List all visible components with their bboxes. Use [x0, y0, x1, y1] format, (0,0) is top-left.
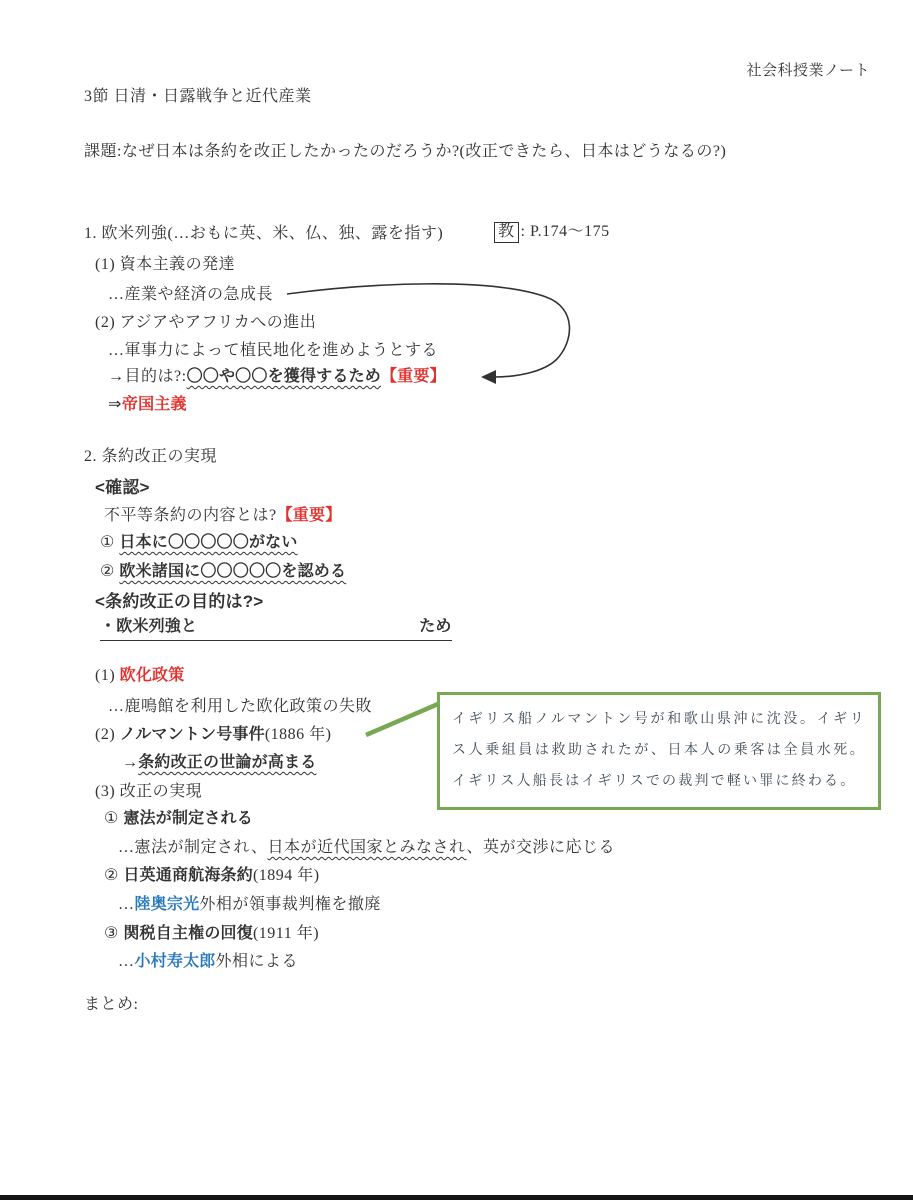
- goal-prefix: →目的は?:: [108, 368, 187, 385]
- sub1-line: (1) 欧化政策: [95, 666, 184, 687]
- realize-2-title: 日英通商航海条約: [123, 867, 253, 884]
- realize-2-note-pre: …: [118, 896, 135, 913]
- imperialism-term: 帝国主義: [122, 396, 187, 413]
- realize-2-line: ② 日英通商航海条約(1894 年): [104, 866, 320, 887]
- goal-line: →目的は?:〇〇や〇〇を獲得するため【重要】: [108, 367, 446, 388]
- realize-3-title: 関税自主権の回復: [123, 925, 253, 942]
- summary-label: まとめ:: [84, 995, 138, 1016]
- sub3-title: 改正の実現: [120, 783, 203, 800]
- sub2-number: (2): [95, 726, 115, 743]
- realize-3-note-post: 外相による: [216, 953, 299, 970]
- important-tag-2: 【重要】: [277, 507, 342, 524]
- realize-1-title: 憲法が制定される: [123, 810, 253, 827]
- sec1-item1-note: …産業や経済の急成長: [108, 285, 273, 306]
- sub2-line: (2) ノルマントン号事件(1886 年): [95, 725, 332, 746]
- realize-3-line: ③ 関税自主権の回復(1911 年): [104, 924, 319, 945]
- sec1-item1: (1) 資本主義の発達: [95, 255, 235, 276]
- double-arrow: ⇒: [108, 396, 122, 413]
- sub1-title: 欧化政策: [120, 667, 185, 684]
- arrowhead: [481, 370, 496, 384]
- header-corner-label: 社会科授業ノート: [746, 62, 870, 82]
- sec2-heading: 2. 条約改正の実現: [84, 447, 217, 468]
- sub1-number: (1): [95, 667, 115, 684]
- treaty-point-2: ② 欧米諸国に〇〇〇〇〇を認める: [100, 562, 346, 583]
- goal-answer: 〇〇や〇〇を獲得するため: [187, 368, 381, 385]
- check-heading: <確認>: [95, 477, 150, 499]
- normanton-note-text: イギリス船ノルマントン号が和歌山県沖に沈没。イギリス人乗組員は救助されたが、日本…: [452, 712, 866, 789]
- realize-2-note: …陸奥宗光外相が領事裁判権を撤廃: [118, 895, 381, 916]
- realize-1-note-underlined: 日本が近代国家とみなされ: [267, 839, 466, 856]
- realize-2-year: (1894 年): [253, 867, 320, 884]
- normanton-note-box: イギリス船ノルマントン号が和歌山県沖に沈没。イギリス人乗組員は救助されたが、日本…: [437, 692, 881, 810]
- realize-3-note: …小村寿太郎外相による: [118, 952, 298, 973]
- point1-text: 日本に〇〇〇〇〇がない: [119, 534, 297, 551]
- worksheet-page: 社会科授業ノート 3節 日清・日露戦争と近代産業 課題:なぜ日本は条約を改正した…: [0, 0, 913, 1200]
- question-line: 不平等条約の内容とは?【重要】: [104, 506, 341, 527]
- realize-1-line: ① 憲法が制定される: [104, 809, 253, 830]
- sub2-title: ノルマントン号事件: [120, 726, 265, 743]
- point2-text: 欧米諸国に〇〇〇〇〇を認める: [119, 563, 346, 580]
- minister-name-komura: 小村寿太郎: [135, 953, 216, 970]
- realize-1-note-post: 、英が交渉に応じる: [466, 839, 615, 856]
- sec1-item2: (2) アジアやアフリカへの進出: [95, 313, 316, 334]
- result-line: ⇒帝国主義: [108, 395, 187, 416]
- sub2-year: (1886 年): [265, 726, 332, 743]
- textbook-ref: 教: P.174〜175: [494, 222, 610, 243]
- purpose-fill-line: ・欧米列強とため: [100, 617, 452, 641]
- purpose-heading: <条約改正の目的は?>: [95, 591, 263, 613]
- textbook-pages: : P.174〜175: [521, 223, 610, 240]
- realize-1-note: …憲法が制定され、日本が近代国家とみなされ、英が交渉に応じる: [118, 838, 615, 859]
- realize-3-note-pre: …: [118, 953, 135, 970]
- sub3-line: (3) 改正の実現: [95, 782, 202, 803]
- topic-line: 課題:なぜ日本は条約を改正したかったのだろうか?(改正できたら、日本はどうなるの…: [84, 142, 726, 163]
- important-tag-1: 【重要】: [381, 368, 446, 385]
- textbook-icon: 教: [494, 222, 519, 243]
- realize-2-number: ②: [104, 867, 119, 884]
- realize-3-year: (1911 年): [253, 925, 319, 942]
- realize-2-note-post: 外相が領事裁判権を撤廃: [199, 896, 381, 913]
- realize-1-note-pre: …憲法が制定され、: [118, 839, 267, 856]
- sub1-note: …鹿鳴館を利用した欧化政策の失敗: [108, 697, 372, 718]
- minister-name-mutsu: 陸奥宗光: [135, 896, 200, 913]
- purpose-bullet-text: ・欧米列強と: [100, 617, 197, 638]
- scan-edge: [0, 1195, 913, 1200]
- realize-3-number: ③: [104, 925, 119, 942]
- question-text: 不平等条約の内容とは?: [104, 507, 277, 524]
- point1-number: ①: [100, 534, 115, 551]
- sub2-note-line: →条約改正の世論が高まる: [122, 753, 316, 774]
- point2-number: ②: [100, 563, 115, 580]
- realize-1-number: ①: [104, 810, 119, 827]
- treaty-point-1: ① 日本に〇〇〇〇〇がない: [100, 533, 298, 554]
- section-title: 3節 日清・日露戦争と近代産業: [84, 87, 312, 108]
- sub2-note-text: 条約改正の世論が高まる: [138, 754, 316, 771]
- sec1-item2-note: …軍事力によって植民地化を進めようとする: [108, 341, 438, 362]
- sec1-heading: 1. 欧米列強(…おもに英、米、仏、独、露を指す): [84, 224, 443, 245]
- sub3-number: (3): [95, 783, 115, 800]
- purpose-tail-text: ため: [419, 617, 451, 638]
- sub2-note-arrow: →: [122, 754, 138, 771]
